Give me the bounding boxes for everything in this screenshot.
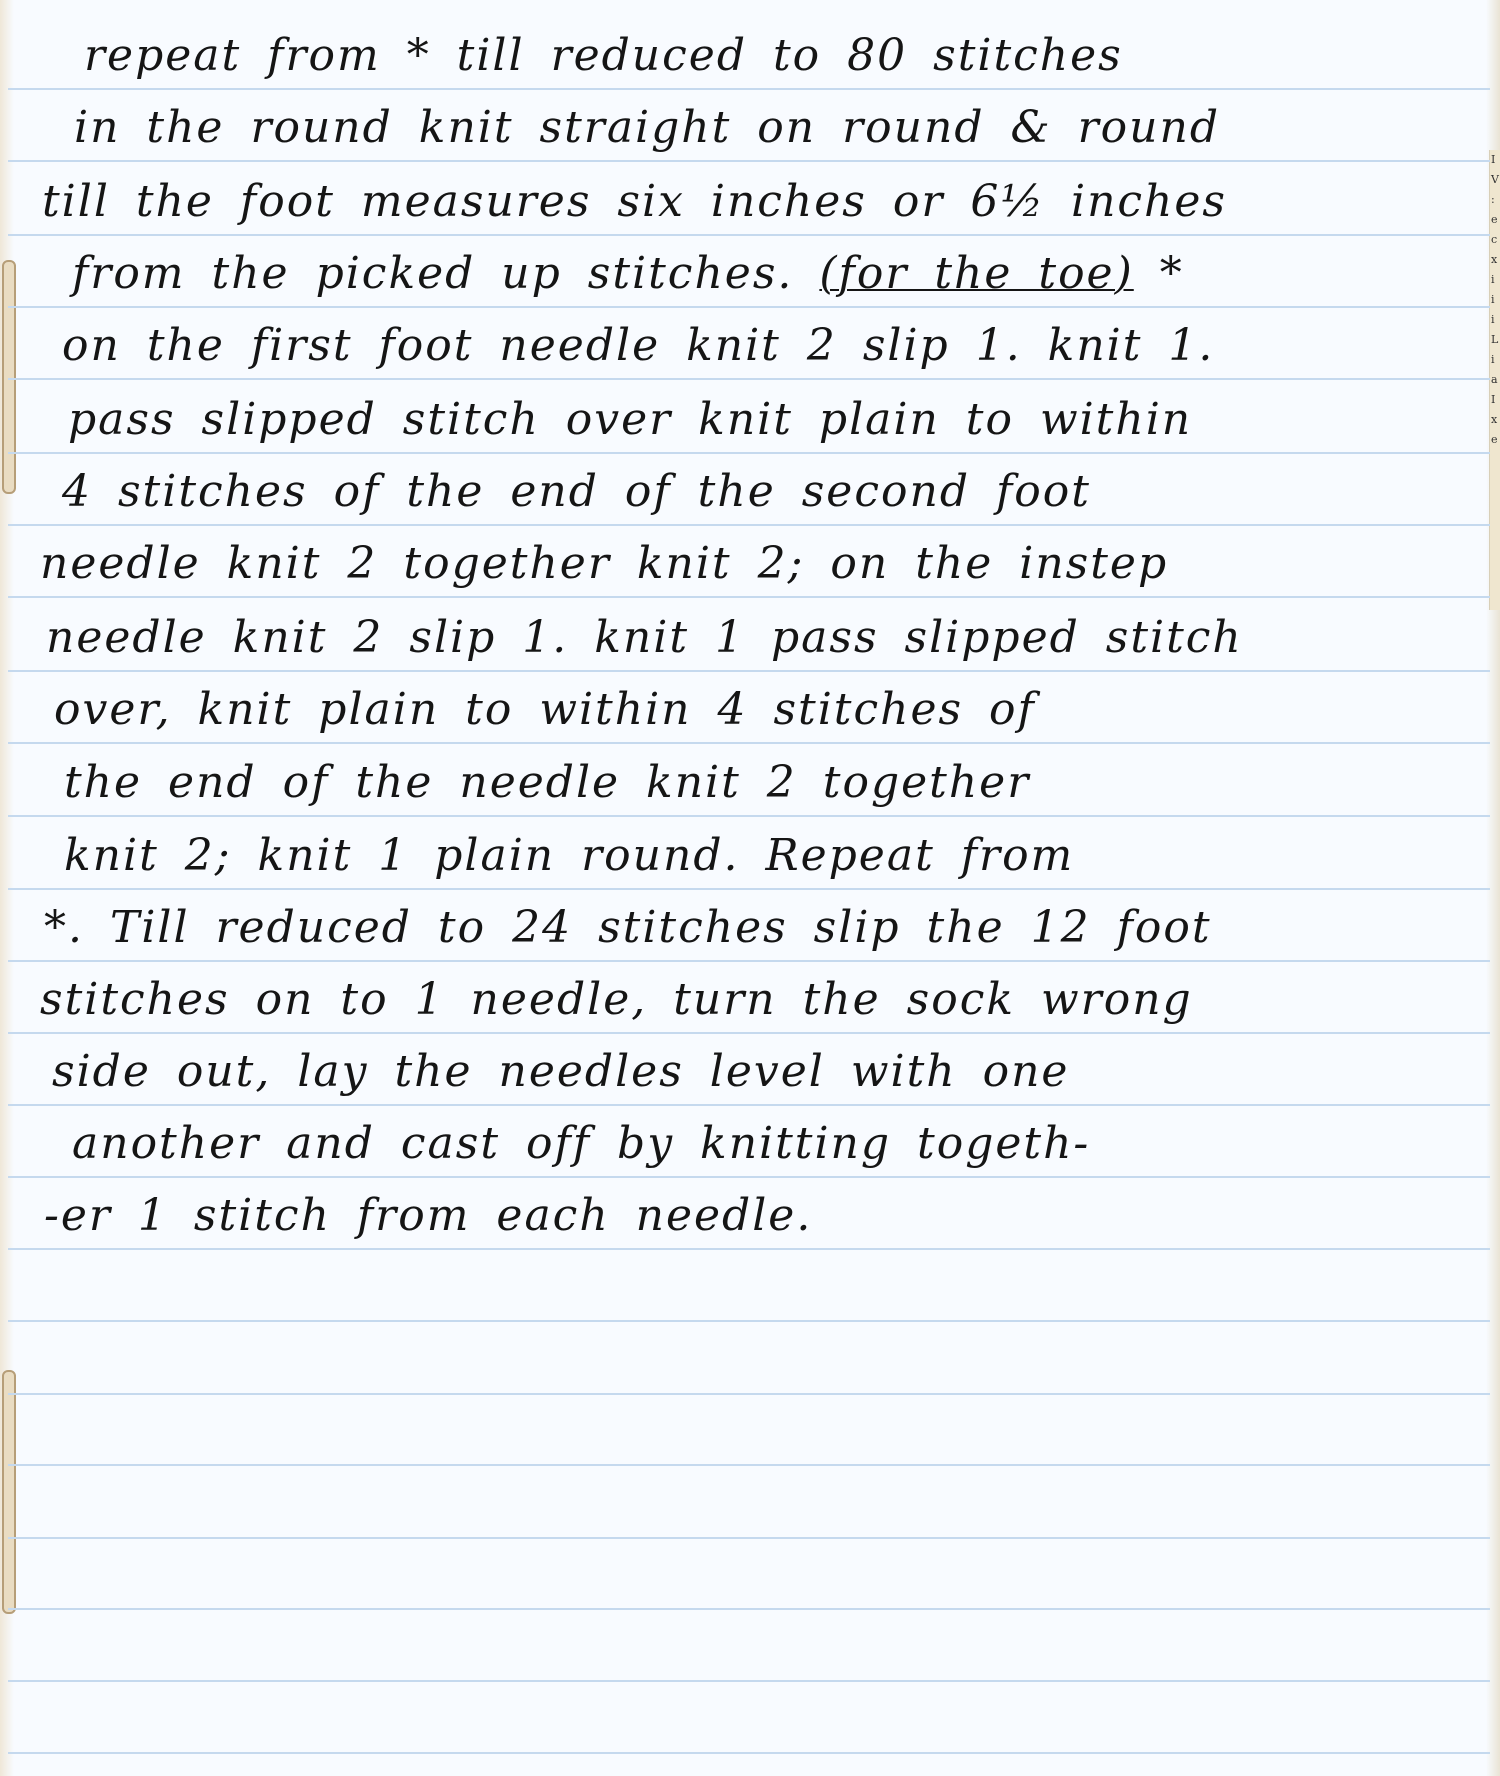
handwritten-line: needle knit 2 slip 1. knit 1 pass slippe… — [46, 612, 1500, 663]
ruled-line — [8, 815, 1490, 817]
ruled-line — [8, 1752, 1490, 1754]
ruled-line — [8, 452, 1490, 454]
handwritten-line: needle knit 2 together knit 2; on the in… — [40, 538, 1500, 589]
ruled-line — [8, 88, 1490, 90]
handwritten-line: the end of the needle knit 2 together — [64, 757, 1500, 808]
handwritten-line: repeat from * till reduced to 80 stitche… — [84, 30, 1500, 81]
ruled-line — [8, 596, 1490, 598]
handwritten-line: knit 2; knit 1 plain round. Repeat from — [64, 830, 1500, 881]
handwritten-line: pass slipped stitch over knit plain to w… — [68, 394, 1500, 445]
handwritten-line: from the picked up stitches. (for the to… — [72, 248, 1500, 299]
ruled-line — [8, 1464, 1490, 1466]
ruled-line — [8, 1393, 1490, 1395]
notebook-page: I V : e c x i i i L i a I x e repeat fro… — [0, 0, 1500, 1776]
ruled-line — [8, 1104, 1490, 1106]
ruled-line — [8, 1537, 1490, 1539]
handwritten-line: in the round knit straight on round & ro… — [74, 102, 1500, 153]
ruled-line — [8, 234, 1490, 236]
ruled-line — [8, 306, 1490, 308]
ruled-line — [8, 1248, 1490, 1250]
handwritten-line: 4 stitches of the end of the second foot — [62, 466, 1500, 517]
ruled-line — [8, 1032, 1490, 1034]
ruled-line — [8, 742, 1490, 744]
ruled-line — [8, 1320, 1490, 1322]
handwritten-line: another and cast off by knitting togeth- — [72, 1118, 1500, 1169]
ruled-line — [8, 524, 1490, 526]
ruled-line — [8, 160, 1490, 162]
handwritten-line: on the first foot needle knit 2 slip 1. … — [62, 320, 1500, 371]
ruled-line — [8, 670, 1490, 672]
underlined-phrase: (for the toe) — [819, 248, 1133, 299]
ruled-line — [8, 1176, 1490, 1178]
ruled-line — [8, 888, 1490, 890]
handwritten-line: side out, lay the needles level with one — [52, 1046, 1500, 1097]
binding-stitch-top — [2, 260, 16, 494]
ruled-line — [8, 1680, 1490, 1682]
ruled-line — [8, 1608, 1490, 1610]
handwritten-line: stitches on to 1 needle, turn the sock w… — [40, 974, 1500, 1025]
handwritten-line: over, knit plain to within 4 stitches of — [54, 684, 1500, 735]
handwritten-line: till the foot measures six inches or 6½ … — [42, 176, 1500, 227]
ruled-line — [8, 378, 1490, 380]
binding-stitch-bottom — [2, 1370, 16, 1614]
ruled-line — [8, 960, 1490, 962]
handwritten-line: -er 1 stitch from each needle. — [44, 1190, 1500, 1241]
handwritten-line: *. Till reduced to 24 stitches slip the … — [44, 902, 1500, 953]
